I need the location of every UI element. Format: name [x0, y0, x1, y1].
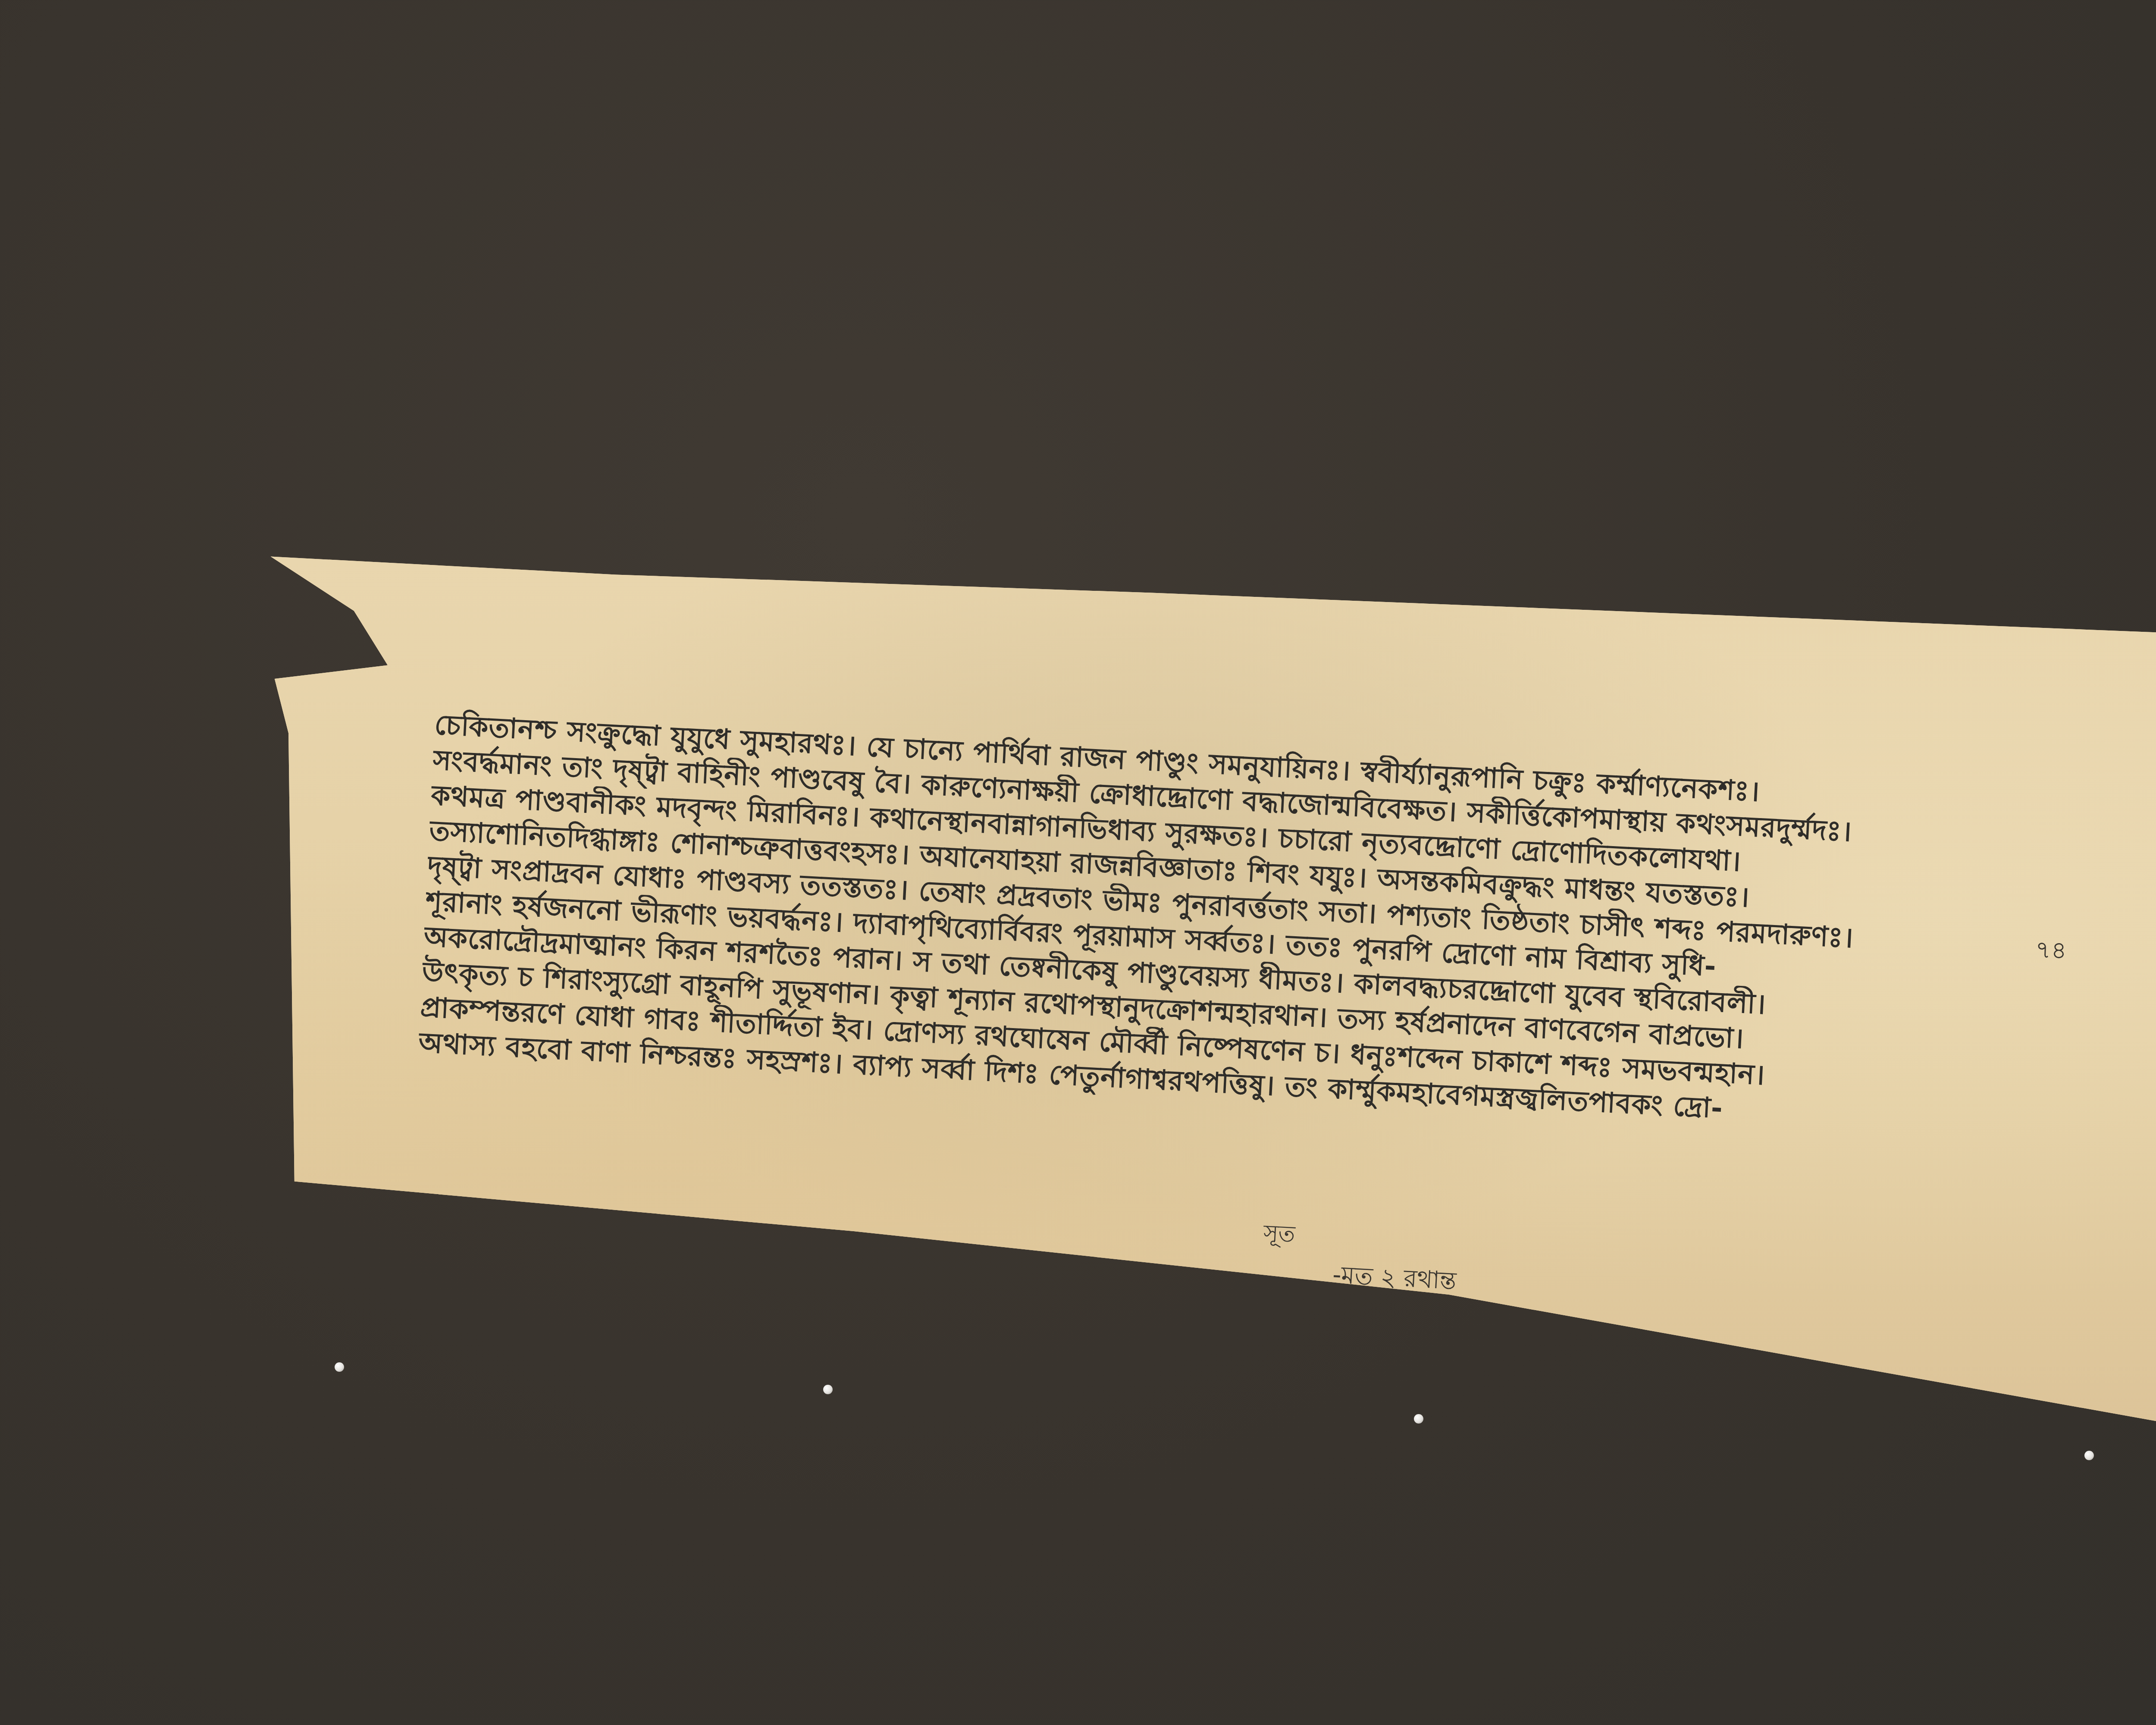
- pin-icon: [335, 1362, 344, 1372]
- pin-icon: [2084, 1451, 2094, 1460]
- bottom-note: সূত: [1263, 1215, 1296, 1255]
- folio-number: ৭৪: [2034, 931, 2067, 972]
- display-board: চেকিতানশ্চ সংক্রুদ্ধো যুযুধে সুমহারথঃ। য…: [0, 0, 2156, 1725]
- pin-icon: [823, 1385, 833, 1394]
- bottom-note: -মত ২ রথান্ত: [1332, 1256, 1457, 1303]
- pin-icon: [1414, 1414, 1423, 1424]
